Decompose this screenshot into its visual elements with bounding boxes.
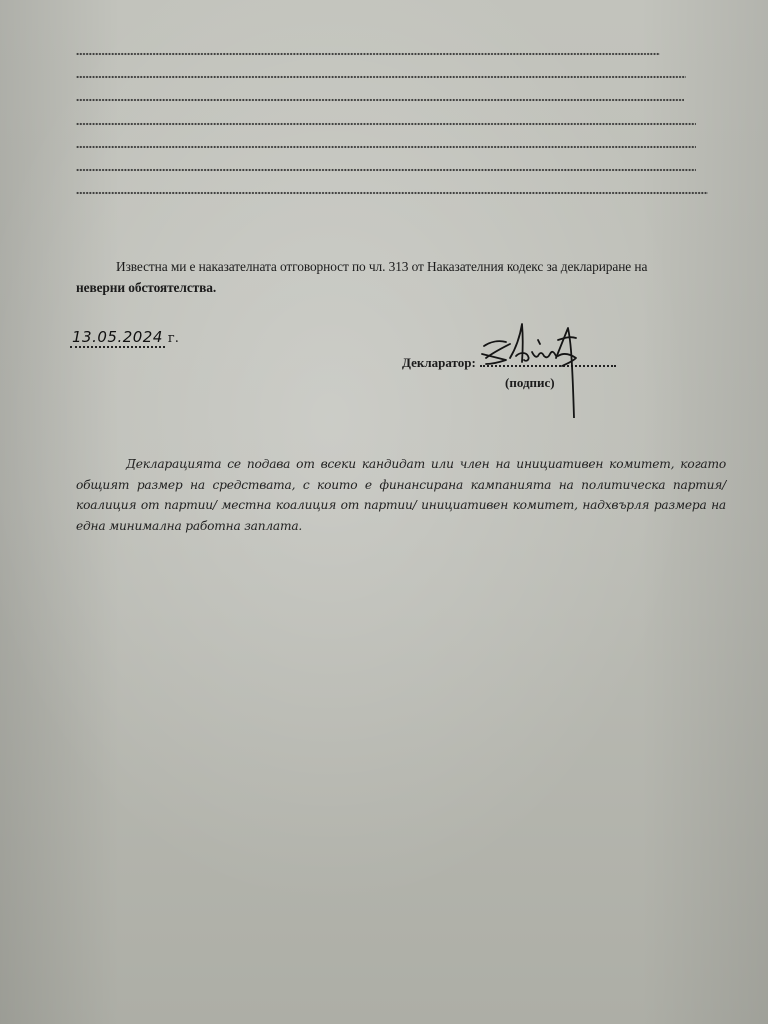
blank-line-6	[76, 166, 696, 174]
declarator-label: Декларатор:	[402, 355, 476, 370]
blank-line-4	[76, 120, 696, 128]
blank-line-5	[76, 143, 696, 151]
blank-line-1	[76, 50, 660, 58]
blank-line-2	[76, 73, 686, 81]
footnote: Декларацията се подава от всеки кандидат…	[76, 454, 726, 536]
liability-statement-line1: Известна ми е наказателната отговорност …	[116, 259, 647, 274]
document-page: Известна ми е наказателната отговорност …	[0, 0, 768, 1024]
date-field: 13.05.2024г.	[70, 328, 179, 346]
liability-statement: Известна ми е наказателната отговорност …	[76, 256, 720, 298]
blank-line-7	[76, 189, 708, 197]
handwritten-date: 13.05.2024	[70, 328, 165, 348]
date-suffix: г.	[168, 331, 179, 346]
liability-statement-line2: неверни обстоятелства.	[76, 280, 216, 295]
footnote-text: Декларацията се подава от всеки кандидат…	[76, 457, 726, 533]
blank-line-3	[76, 96, 684, 104]
handwritten-signature-icon	[476, 318, 606, 418]
